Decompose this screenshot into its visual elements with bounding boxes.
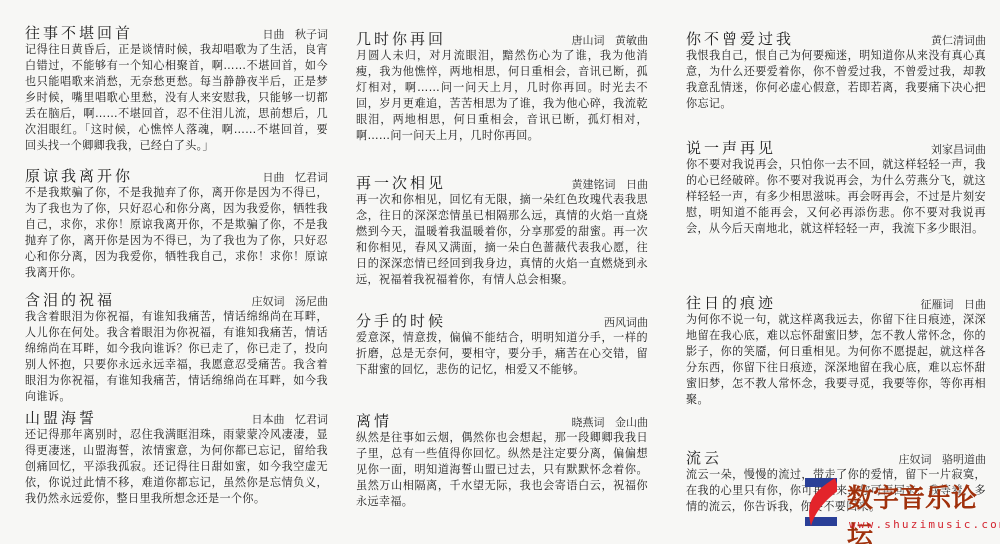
song-lyrics: 你不要对我说再会，只怕你一去不回，就这样轻轻一声，我的心已经破碎。你不要对我说再… (686, 157, 986, 237)
song-title: 原谅我离开你 (25, 165, 133, 186)
song-credit: 庄奴词 汤尼曲 (252, 293, 329, 309)
song-title: 山盟海誓 (25, 407, 97, 428)
song-header: 山盟海誓 日本曲 忆君词 (25, 407, 328, 427)
song-lyrics: 我恨我自己，恨自己为何要痴迷，明知道你从来没有真心真意，为什么还要爱着你，你不曾… (686, 48, 986, 112)
song-block: 原谅我离开你 日曲 忆君词 不是我欺骗了你，不是我抛弃了你，离开你是因为不得已，… (25, 165, 328, 281)
song-lyrics: 月圆人未归，对月流眼泪，黯然伤心为了谁，我为他消瘦，我为他憔悴，两地相思，何日重… (356, 48, 648, 144)
song-header: 流云 庄奴词 骆明道曲 (686, 447, 986, 467)
song-lyrics: 我含着眼泪为你祝福，有谁知我痛苦，情话绵绵尚在耳畔，人儿你在何处。我含着眼泪为你… (25, 309, 328, 405)
song-title: 你不曾爱过我 (686, 28, 794, 49)
song-block: 分手的时候 西风词曲 爱意深，情意拨，偏偏不能结合，明明知道分手，一样的折磨，总… (356, 310, 648, 378)
song-title: 说一声再见 (686, 137, 776, 158)
watermark-name: 数字音乐论坛 (847, 478, 995, 544)
song-lyrics: 还记得那年离别时，忍住我满眶泪珠，雨蒙蒙冷风凄凄，显得更凄迷，山盟海誓，浓情蜜意… (25, 427, 328, 507)
song-title: 流云 (686, 447, 722, 468)
watermark-url: www.shuzimusic.com (849, 518, 1000, 531)
song-credit: 黄建铭词 日曲 (572, 176, 649, 192)
song-header: 说一声再见 刘家昌词曲 (686, 137, 986, 157)
song-block: 含泪的祝福 庄奴词 汤尼曲 我含着眼泪为你祝福，有谁知我痛苦，情话绵绵尚在耳畔，… (25, 289, 328, 405)
song-block: 山盟海誓 日本曲 忆君词 还记得那年离别时，忍住我满眶泪珠，雨蒙蒙冷风凄凄，显得… (25, 407, 328, 507)
song-block: 往日的痕迹 征雁词 日曲 为何你不说一句，就这样离我远去，你留下往日痕迹，深深地… (686, 292, 986, 408)
song-title: 分手的时候 (356, 310, 446, 331)
song-header: 再一次相见 黄建铭词 日曲 (356, 172, 648, 192)
song-title: 往事不堪回首 (25, 22, 133, 43)
song-credit: 日曲 秋子词 (263, 26, 329, 42)
song-credit: 晓燕词 金山曲 (572, 414, 649, 430)
song-block: 几时你再回 唐山词 黄敏曲 月圆人未归，对月流眼泪，黯然伤心为了谁，我为他消瘦，… (356, 28, 648, 144)
song-credit: 西风词曲 (604, 314, 648, 330)
song-title: 含泪的祝福 (25, 289, 115, 310)
song-header: 离情 晓燕词 金山曲 (356, 410, 648, 430)
song-credit: 唐山词 黄敏曲 (572, 32, 649, 48)
song-header: 往事不堪回首 日曲 秋子词 (25, 22, 328, 42)
song-block: 往事不堪回首 日曲 秋子词 记得往日黄昏后，正是谈情时候，我却唱歌为了生活，良宵… (25, 22, 328, 154)
song-credit: 刘家昌词曲 (931, 141, 986, 157)
song-block: 离情 晓燕词 金山曲 纵然是往事如云烟，偶然你也会想起，那一段卿卿我我日子里，总… (356, 410, 648, 510)
song-credit: 庄奴词 骆明道曲 (899, 451, 987, 467)
song-title: 再一次相见 (356, 172, 446, 193)
logo-z-icon (805, 478, 837, 526)
song-title: 往日的痕迹 (686, 292, 776, 313)
song-lyrics: 爱意深，情意拨，偏偏不能结合，明明知道分手，一样的折磨，总是无奈何，要相守，要分… (356, 330, 648, 378)
song-header: 原谅我离开你 日曲 忆君词 (25, 165, 328, 185)
song-lyrics: 为何你不说一句，就这样离我远去，你留下往日痕迹，深深地留在我心底，难以忘怀甜蜜旧… (686, 312, 986, 408)
song-credit: 黄仁清词曲 (931, 32, 986, 48)
song-block: 你不曾爱过我 黄仁清词曲 我恨我自己，恨自己为何要痴迷，明知道你从来没有真心真意… (686, 28, 986, 112)
song-lyrics: 不是我欺骗了你，不是我抛弃了你，离开你是因为不得已，为了我也为了你，只好忍心和你… (25, 185, 328, 281)
song-header: 往日的痕迹 征雁词 日曲 (686, 292, 986, 312)
song-header: 分手的时候 西风词曲 (356, 310, 648, 330)
song-lyrics: 记得往日黄昏后，正是谈情时候，我却唱歌为了生活，良宵白错过，不能够有一个知心相聚… (25, 42, 328, 154)
watermark-logo: 数字音乐论坛 www.shuzimusic.com (795, 472, 995, 542)
song-lyrics: 纵然是往事如云烟，偶然你也会想起，那一段卿卿我我日子里，总有一些值得你回忆。纵然… (356, 430, 648, 510)
song-block: 再一次相见 黄建铭词 日曲 再一次和你相见，回忆有无限，摘一朵红色玫瑰代表我思念… (356, 172, 648, 288)
song-header: 你不曾爱过我 黄仁清词曲 (686, 28, 986, 48)
song-block: 说一声再见 刘家昌词曲 你不要对我说再会，只怕你一去不回，就这样轻轻一声，我的心… (686, 137, 986, 237)
song-credit: 日曲 忆君词 (263, 169, 329, 185)
song-header: 几时你再回 唐山词 黄敏曲 (356, 28, 648, 48)
song-title: 几时你再回 (356, 28, 446, 49)
song-lyrics: 再一次和你相见，回忆有无限，摘一朵红色玫瑰代表我思念，往日的深深恋情虽已相隔那么… (356, 192, 648, 288)
song-header: 含泪的祝福 庄奴词 汤尼曲 (25, 289, 328, 309)
lyrics-booklet-page: 往事不堪回首 日曲 秋子词 记得往日黄昏后，正是谈情时候，我却唱歌为了生活，良宵… (0, 0, 1000, 544)
song-title: 离情 (356, 410, 392, 431)
song-credit: 征雁词 日曲 (921, 296, 987, 312)
song-credit: 日本曲 忆君词 (252, 411, 329, 427)
